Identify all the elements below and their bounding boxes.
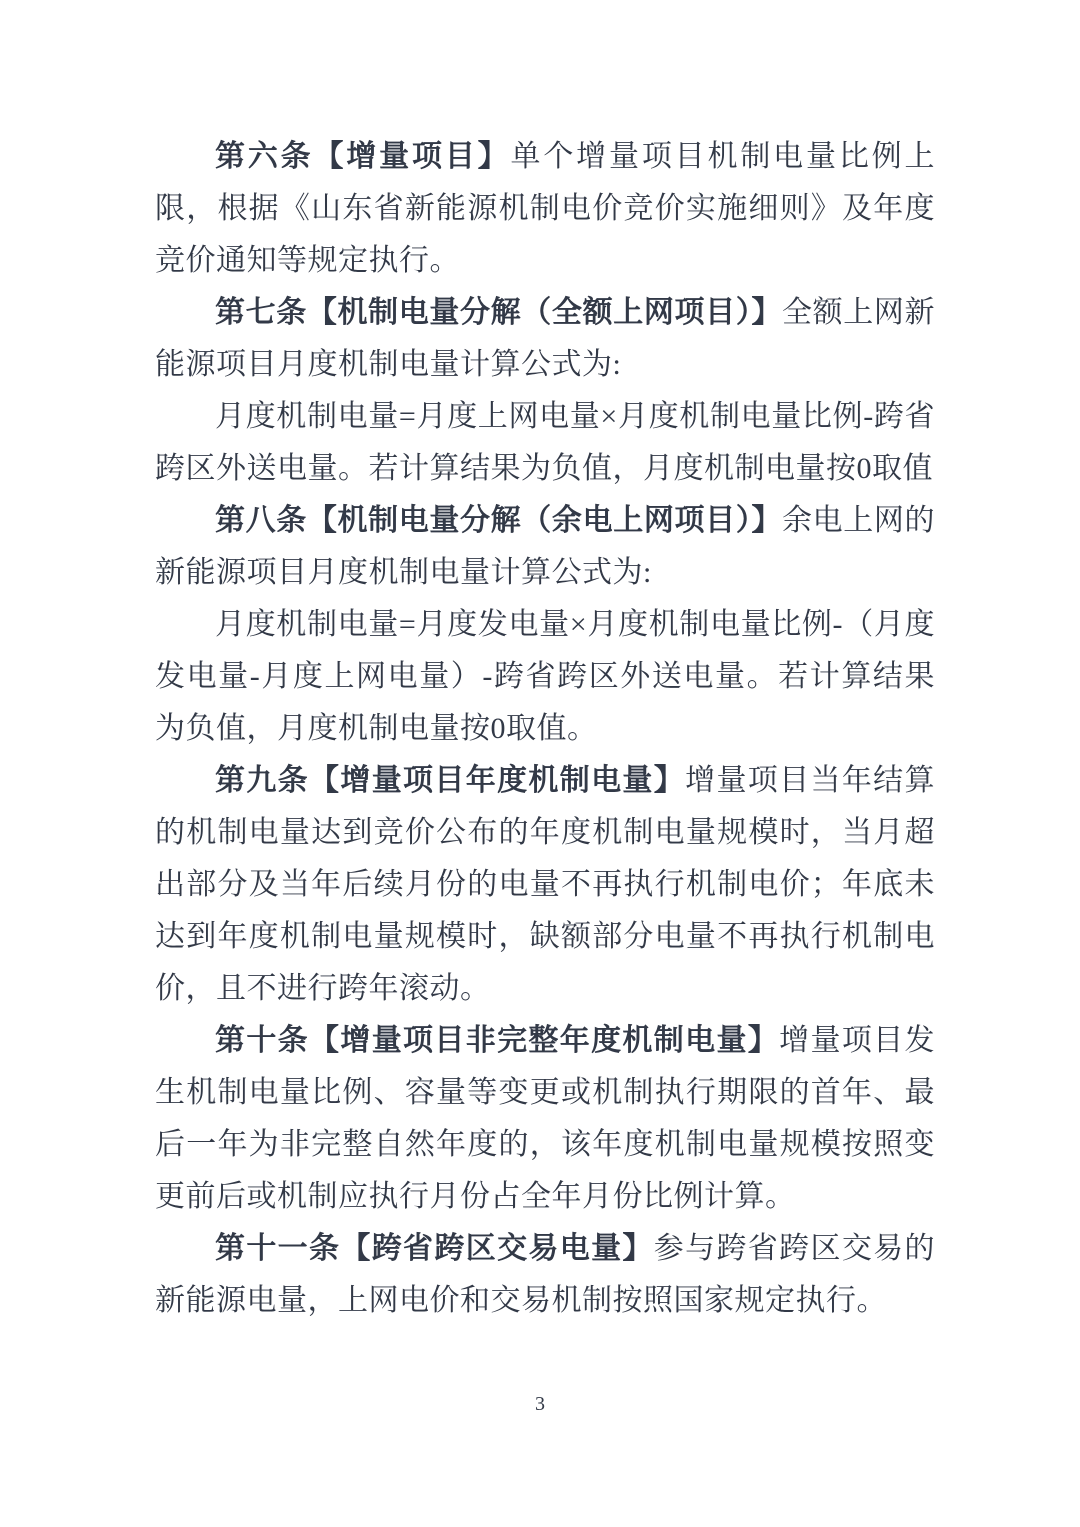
page-number: 3 — [535, 1393, 545, 1415]
page-footer: 3 — [0, 1390, 1080, 1418]
article-heading: 第七条【机制电量分解（全额上网项目）】 — [215, 296, 782, 329]
article-heading: 第十条【增量项目非完整年度机制电量】 — [215, 1024, 779, 1057]
article-heading: 第六条【增量项目】 — [215, 140, 511, 173]
article-heading: 第九条【增量项目年度机制电量】 — [215, 764, 685, 797]
paragraph-body: 月度机制电量=月度发电量×月度机制电量比例-（月度发电量-月度上网电量）-跨省跨… — [155, 608, 935, 745]
article-heading: 第八条【机制电量分解（余电上网项目）】 — [215, 504, 782, 537]
document-page: 第六条【增量项目】单个增量项目机制电量比例上限，根据《山东省新能源机制电价竞价实… — [0, 0, 1080, 1527]
article-paragraph: 第十条【增量项目非完整年度机制电量】增量项目发生机制电量比例、容量等变更或机制执… — [155, 1015, 935, 1223]
paragraph-body: 月度机制电量=月度上网电量×月度机制电量比例-跨省跨区外送电量。若计算结果为负值… — [155, 400, 935, 485]
article-paragraph: 第十一条【跨省跨区交易电量】参与跨省跨区交易的新能源电量，上网电价和交易机制按照… — [155, 1223, 935, 1327]
formula-paragraph: 月度机制电量=月度上网电量×月度机制电量比例-跨省跨区外送电量。若计算结果为负值… — [155, 391, 935, 495]
paragraph-body: 增量项目当年结算的机制电量达到竞价公布的年度机制电量规模时，当月超出部分及当年后… — [155, 764, 935, 1005]
article-paragraph: 第八条【机制电量分解（余电上网项目）】余电上网的新能源项目月度机制电量计算公式为… — [155, 495, 935, 599]
article-paragraph: 第七条【机制电量分解（全额上网项目）】全额上网新能源项目月度机制电量计算公式为: — [155, 287, 935, 391]
article-paragraph: 第六条【增量项目】单个增量项目机制电量比例上限，根据《山东省新能源机制电价竞价实… — [155, 131, 935, 287]
article-heading: 第十一条【跨省跨区交易电量】 — [215, 1232, 654, 1265]
formula-paragraph: 月度机制电量=月度发电量×月度机制电量比例-（月度发电量-月度上网电量）-跨省跨… — [155, 599, 935, 755]
document-body: 第六条【增量项目】单个增量项目机制电量比例上限，根据《山东省新能源机制电价竞价实… — [155, 131, 935, 1327]
article-paragraph: 第九条【增量项目年度机制电量】增量项目当年结算的机制电量达到竞价公布的年度机制电… — [155, 755, 935, 1015]
